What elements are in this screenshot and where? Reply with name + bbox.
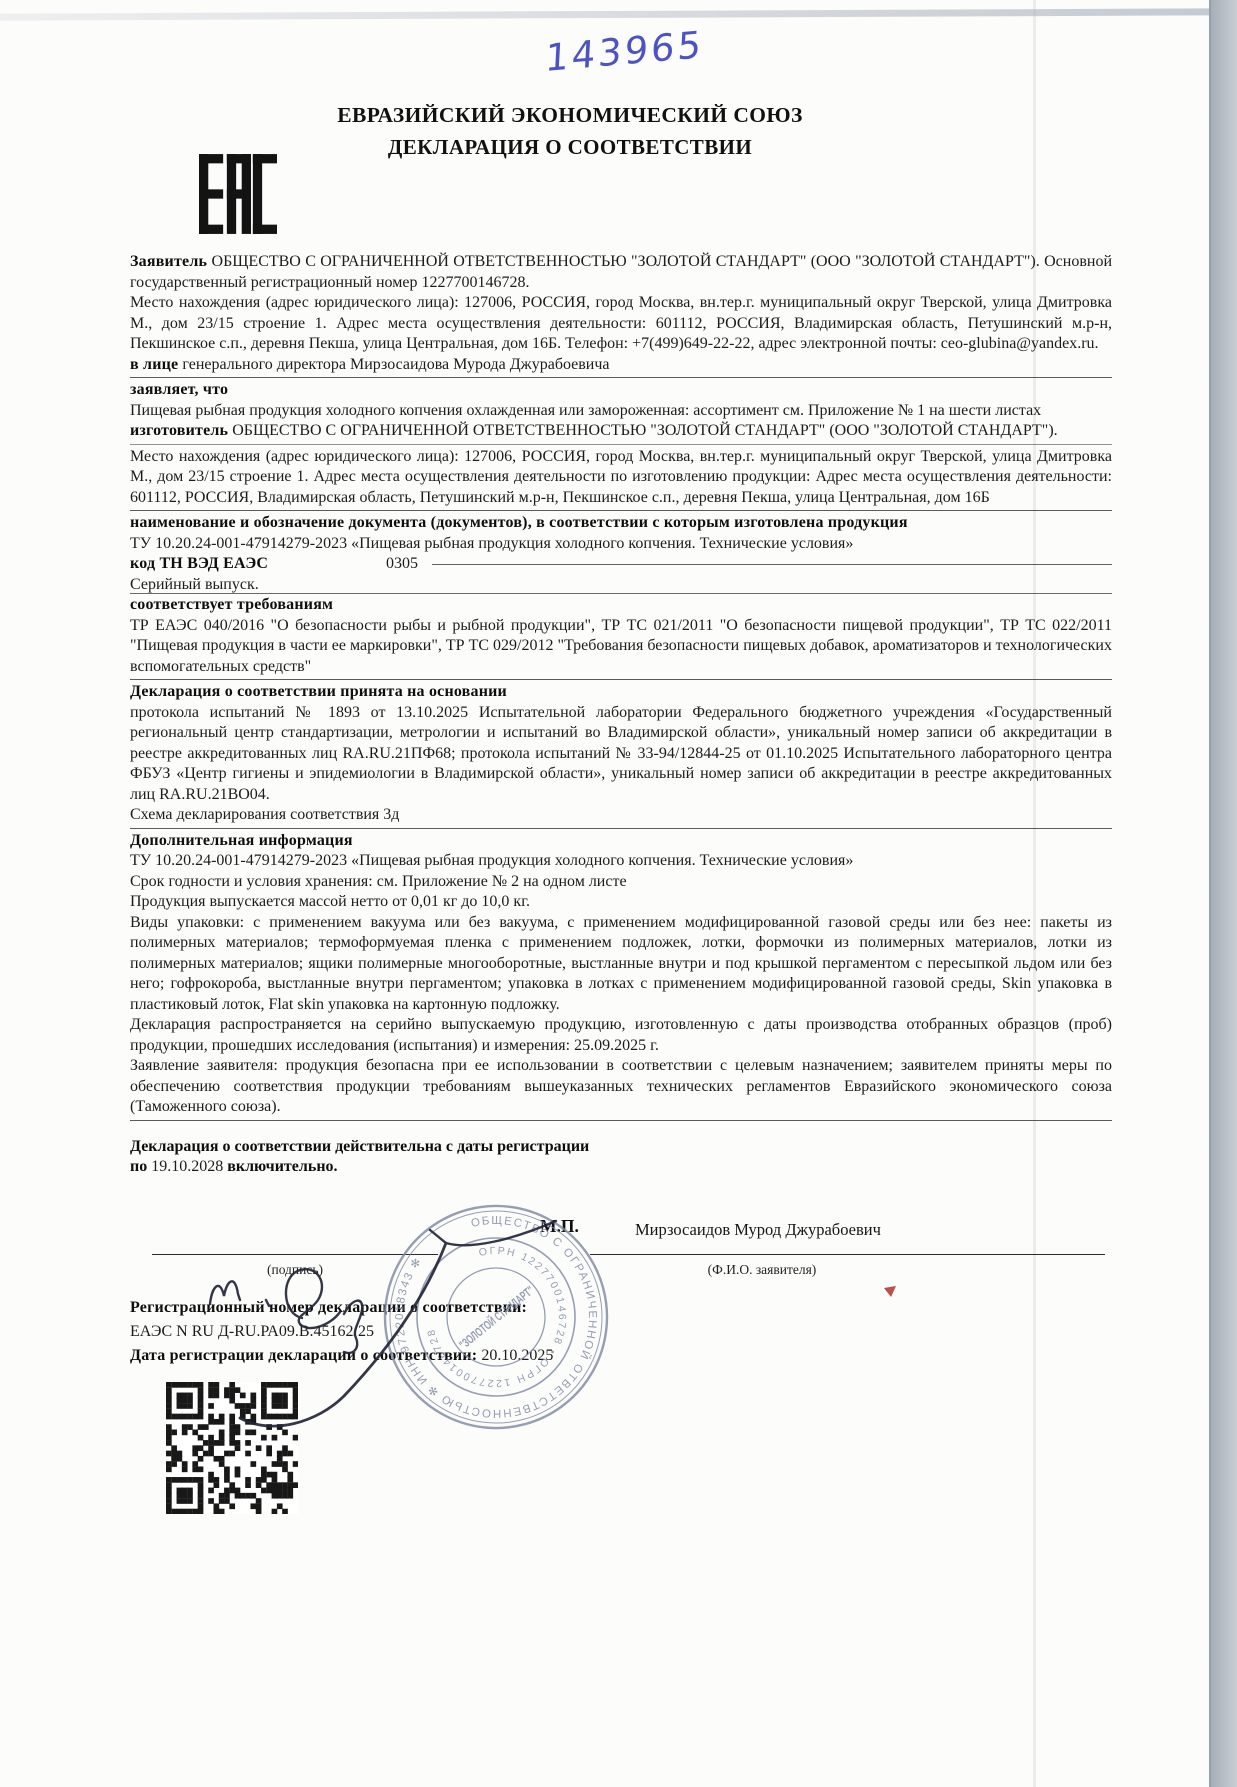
validity-line1: Декларация о соответствии действительна …	[130, 1137, 1112, 1158]
divider	[130, 828, 1112, 829]
reg-date-row: Дата регистрации декларации о соответств…	[130, 1344, 1112, 1368]
document-body: Заявитель ОБЩЕСТВО С ОГРАНИЧЕННОЙ ОТВЕТС…	[130, 252, 1112, 1514]
signer-name: Мирзосаидов Мурод Джурабоевич	[635, 1220, 1105, 1241]
net-mass: Продукция выпускается массой нетто от 0,…	[130, 892, 1112, 913]
eac-logo-icon	[199, 153, 277, 240]
additional-heading: Дополнительная информация	[130, 831, 1112, 852]
handwritten-number: 143965	[544, 23, 705, 80]
divider	[130, 1120, 1112, 1121]
manufacturer-label: изготовитель	[130, 422, 228, 439]
divider	[130, 377, 1112, 378]
tnved-underline	[432, 564, 1112, 565]
name-caption: (Ф.И.О. заявителя)	[652, 1260, 872, 1281]
signature-line	[152, 1254, 438, 1255]
applicant-text: ОБЩЕСТВО С ОГРАНИЧЕННОЙ ОТВЕТСТВЕННОСТЬЮ…	[130, 253, 1112, 291]
complies-label: соответствует требованиям	[130, 596, 333, 613]
document-title: ДЕКЛАРАЦИЯ О СООТВЕТСТВИИ	[250, 135, 890, 160]
packaging: Виды упаковки: с применением вакуума или…	[130, 913, 1112, 1016]
union-title: ЕВРАЗИЙСКИЙ ЭКОНОМИЧЕСКИЙ СОЮЗ	[250, 103, 890, 128]
complies-text: ТР ЕАЭС 040/2016 "О безопасности рыбы и …	[130, 616, 1112, 678]
in-person-row: в лице генерального директора Мирзосаидо…	[130, 355, 1112, 376]
reg-date-label: Дата регистрации декларации о соответств…	[130, 1347, 477, 1364]
scanned-declaration-page: 143965 ЕВРАЗИЙСКИЙ ЭКОНОМИЧЕСКИЙ СОЮЗ ДЕ…	[0, 0, 1237, 1787]
applies: Декларация распространяется на серийно в…	[130, 1015, 1112, 1056]
additional-tu: ТУ 10.20.24-001-47914279-2023 «Пищевая р…	[130, 851, 1112, 872]
registration-block: Регистрационный номер декларации о соотв…	[130, 1296, 1112, 1368]
doc-basis-label: наименование и обозначение документа (до…	[130, 514, 908, 531]
reg-number-label-text: Регистрационный номер декларации о соотв…	[130, 1299, 527, 1316]
applicant-address: Место нахождения (адрес юридического лиц…	[130, 293, 1112, 355]
qr-code	[166, 1382, 1112, 1514]
basis-text: протокола испытаний № 1893 от 13.10.2025…	[130, 703, 1112, 806]
divider	[130, 444, 1112, 445]
doc-basis-value: ТУ 10.20.24-001-47914279-2023 «Пищевая р…	[130, 534, 1112, 555]
reg-date-value: 20.10.2025	[481, 1347, 553, 1364]
manufacturer-text: ОБЩЕСТВО С ОГРАНИЧЕННОЙ ОТВЕТСТВЕННОСТЬЮ…	[232, 422, 1057, 439]
name-line	[590, 1254, 1105, 1255]
serial-text: Серийный выпуск.	[130, 576, 259, 593]
shelf-life: Срок годности и условия хранения: см. Пр…	[130, 872, 1112, 893]
divider	[130, 679, 1112, 680]
stamp-place-label: М.П.	[540, 1216, 579, 1237]
validity-suffix: включительно.	[227, 1158, 337, 1175]
validity-date: 19.10.2028	[151, 1158, 223, 1175]
basis-label: Декларация о соответствии принята на осн…	[130, 683, 507, 700]
tnved-label: код ТН ВЭД ЕАЭС	[130, 554, 386, 575]
doc-basis-heading: наименование и обозначение документа (до…	[130, 513, 1112, 534]
document-header: ЕВРАЗИЙСКИЙ ЭКОНОМИЧЕСКИЙ СОЮЗ ДЕКЛАРАЦИ…	[250, 103, 890, 160]
scan-edge-right	[1209, 0, 1237, 1787]
qr-code-canvas	[166, 1382, 298, 1514]
manufacturer-address: Место нахождения (адрес юридического лиц…	[130, 447, 1112, 509]
declares-heading: заявляет, что	[130, 380, 1112, 401]
basis-heading: Декларация о соответствии принята на осн…	[130, 682, 1112, 703]
product-paragraph: Пищевая рыбная продукция холодного копче…	[130, 401, 1112, 422]
signature-zone: М.П. Мирзосаидов Мурод Джурабоевич (подп…	[130, 1180, 1112, 1296]
manufacturer-paragraph: изготовитель ОБЩЕСТВО С ОГРАНИЧЕННОЙ ОТВ…	[130, 421, 1112, 442]
declares-label: заявляет, что	[130, 381, 228, 398]
scan-edge-top	[0, 8, 1211, 20]
tnved-row: код ТН ВЭД ЕАЭС 0305	[130, 554, 1112, 575]
eac-logo-svg	[199, 153, 277, 235]
applicant-paragraph: Заявитель ОБЩЕСТВО С ОГРАНИЧЕННОЙ ОТВЕТС…	[130, 252, 1112, 293]
applicant-label: Заявитель	[130, 253, 207, 270]
complies-heading: соответствует требованиям	[130, 595, 1112, 616]
in-person-label: в лице	[130, 356, 178, 373]
reg-number-label: Регистрационный номер декларации о соотв…	[130, 1296, 1112, 1320]
divider	[130, 510, 1112, 511]
validity-line2: по 19.10.2028 включительно.	[130, 1157, 1112, 1178]
statement: Заявление заявителя: продукция безопасна…	[130, 1056, 1112, 1118]
additional-label: Дополнительная информация	[130, 832, 353, 849]
reg-number: ЕАЭС N RU Д-RU.РА09.В.45162/25	[130, 1320, 1112, 1344]
in-person-text: генерального директора Мирзосаидова Муро…	[182, 356, 609, 373]
serial-underline	[130, 593, 1112, 594]
serial-row: Серийный выпуск.	[130, 575, 1112, 596]
tnved-code: 0305	[386, 554, 418, 575]
signature-caption: (подпись)	[225, 1260, 365, 1281]
validity-prefix: по	[130, 1158, 147, 1175]
scheme-row: Схема декларирования соответствия 3д	[130, 805, 1112, 826]
validity-block: Декларация о соответствии действительна …	[130, 1137, 1112, 1178]
